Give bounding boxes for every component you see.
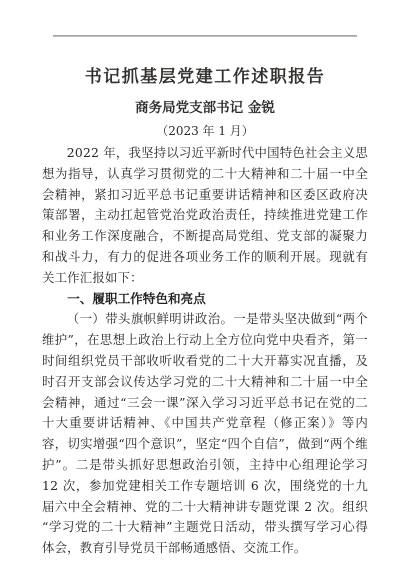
document-date: （2023 年 1 月） <box>42 123 368 139</box>
document-byline: 商务局党支部书记 金锐 <box>42 99 368 117</box>
section-heading-1: 一、履职工作特色和亮点 <box>42 289 368 310</box>
paragraph-intro: 2022 年，我坚持以习近平新时代中国特色社会主义思想为指导，认真学习贯彻党的二… <box>42 143 368 289</box>
document-content: 书记抓基层党建工作述职报告 商务局党支部书记 金锐 （2023 年 1 月） 2… <box>42 0 368 559</box>
document-title: 书记抓基层党建工作述职报告 <box>42 66 368 88</box>
document-body: 2022 年，我坚持以习近平新时代中国特色社会主义思想为指导，认真学习贯彻党的二… <box>42 143 368 559</box>
document-page: 书记抓基层党建工作述职报告 商务局党支部书记 金锐 （2023 年 1 月） 2… <box>0 0 410 580</box>
paragraph-section-1: （一）带头旗帜鲜明讲政治。一是带头坚决做到“两个维护”，在思想上政治上行动上全方… <box>42 309 368 559</box>
